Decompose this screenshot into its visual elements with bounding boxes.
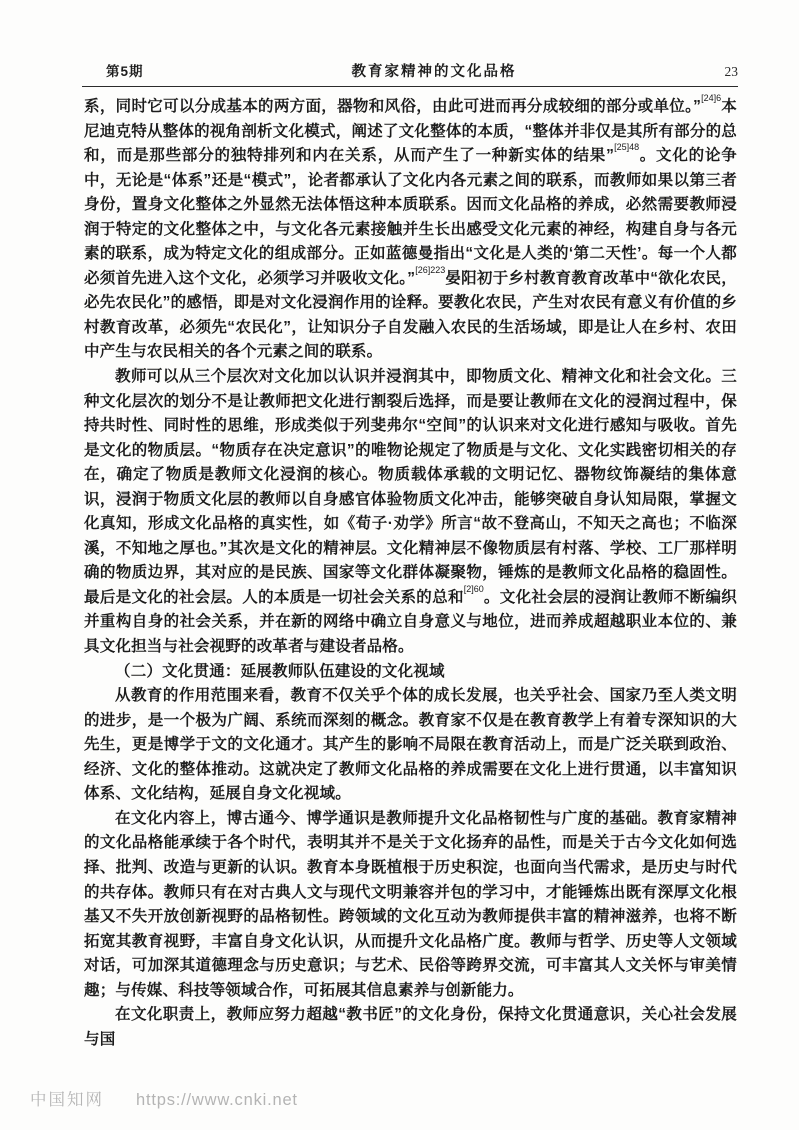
citation-superscript: [2]60 [464, 584, 484, 594]
journal-page: 第5期 教育家精神的文化品格 23 系，同时它可以分成基本的两方面，器物和风俗，… [0, 0, 799, 1130]
running-title: 教育家精神的文化品格 [144, 60, 725, 81]
citation-superscript: [26]223 [415, 265, 445, 275]
paragraph-text: 在文化职责上，教师应努力超越“教书匠”的文化身份，保持文化贯通意识，关心社会发展… [84, 1006, 737, 1048]
paragraph-text: 从教育的作用范围来看，教育不仅关乎个体的成长发展，也关乎社会、国家乃至人类文明的… [84, 687, 737, 802]
page-number: 23 [725, 64, 739, 80]
issue-label: 第5期 [106, 60, 144, 80]
cnki-watermark: 中国知网 https://www.cnki.net [30, 1086, 298, 1110]
paragraph-text: 。文化的论争中，无论是“体系”还是“模式”，论者都承认了文化内各元素之间的联系，… [84, 147, 737, 287]
paragraph-text: （二）文化贯通：延展教师队伍建设的文化视域 [115, 663, 445, 680]
paragraph-text: 在文化内容上，博古通今、博学通识是教师提升文化品格韧性与广度的基础。教育家精神的… [84, 810, 737, 999]
article-body: 系，同时它可以分成基本的两方面，器物和风俗，由此可进而再分成较细的部分或单位。”… [84, 95, 737, 1052]
cnki-logo-text: 中国知网 [30, 1086, 104, 1110]
paragraph: 在文化职责上，教师应努力超越“教书匠”的文化身份，保持文化贯通意识，关心社会发展… [84, 1003, 737, 1052]
citation-superscript: [24]6 [701, 93, 721, 103]
paragraph: 教师可以从三个层次对文化加以认识并浸润其中，即物质文化、精神文化和社会文化。三种… [84, 365, 737, 660]
cnki-url: https://www.cnki.net [136, 1091, 298, 1110]
citation-superscript: [25]48 [614, 142, 639, 152]
paragraph: 系，同时它可以分成基本的两方面，器物和风俗，由此可进而再分成较细的部分或单位。”… [84, 95, 737, 365]
paragraph: 从教育的作用范围来看，教育不仅关乎个体的成长发展，也关乎社会、国家乃至人类文明的… [84, 684, 737, 807]
paragraph-text: 教师可以从三个层次对文化加以认识并浸润其中，即物质文化、精神文化和社会文化。三种… [84, 368, 737, 606]
paragraph: 在文化内容上，博古通今、博学通识是教师提升文化品格韧性与广度的基础。教育家精神的… [84, 807, 737, 1003]
page-header: 第5期 教育家精神的文化品格 23 [84, 60, 738, 81]
section-heading: （二）文化贯通：延展教师队伍建设的文化视域 [84, 660, 737, 685]
paragraph-text: 系，同时它可以分成基本的两方面，器物和风俗，由此可进而再分成较细的部分或单位。” [84, 98, 701, 115]
header-rule [82, 86, 738, 87]
